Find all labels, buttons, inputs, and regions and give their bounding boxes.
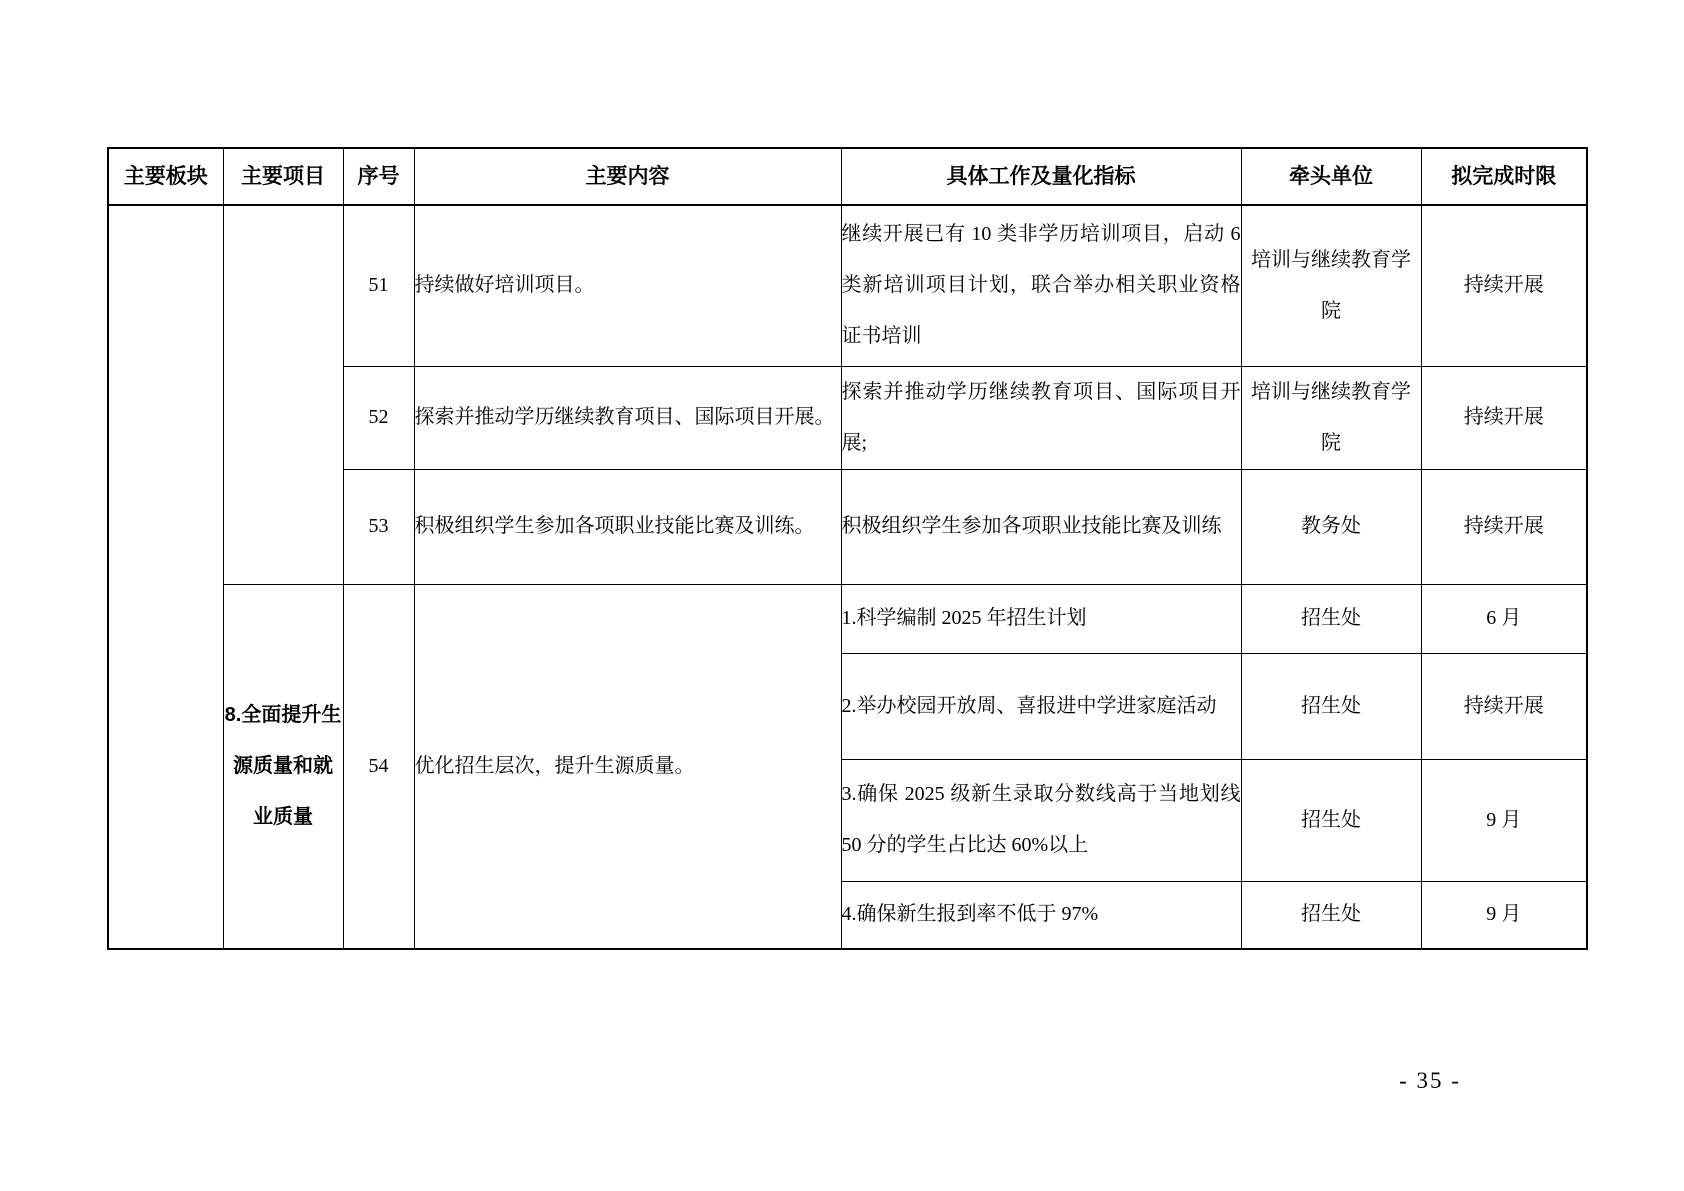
header-work-indicators: 具体工作及量化指标 <box>841 148 1241 205</box>
content-cell: 探索并推动学历继续教育项目、国际项目开展。 <box>414 366 841 469</box>
main-project-empty-cell <box>223 205 343 584</box>
unit-cell: 培训与继续教育学院 <box>1241 366 1421 469</box>
plan-table: 主要板块 主要项目 序号 主要内容 具体工作及量化指标 牵头单位 拟完成时限 5… <box>107 147 1588 950</box>
unit-cell: 招生处 <box>1241 653 1421 759</box>
content-cell: 优化招生层次，提升生源质量。 <box>414 584 841 949</box>
work-cell: 3.确保 2025 级新生录取分数线高于当地划线 50 分的学生占比达 60%以… <box>841 759 1241 881</box>
content-cell: 积极组织学生参加各项职业技能比赛及训练。 <box>414 469 841 584</box>
deadline-cell: 持续开展 <box>1421 366 1587 469</box>
work-cell: 探索并推动学历继续教育项目、国际项目开展; <box>841 366 1241 469</box>
main-section-empty-cell <box>108 205 223 949</box>
row-54-sub-1: 8.全面提升生源质量和就业质量 54 优化招生层次，提升生源质量。 1.科学编制… <box>108 584 1587 653</box>
deadline-cell: 9 月 <box>1421 759 1587 881</box>
work-cell: 继续开展已有 10 类非学历培训项目，启动 6 类新培训项目计划，联合举办相关职… <box>841 205 1241 366</box>
deadline-cell: 9 月 <box>1421 881 1587 949</box>
header-main-content: 主要内容 <box>414 148 841 205</box>
work-cell: 积极组织学生参加各项职业技能比赛及训练 <box>841 469 1241 584</box>
document-page: 主要板块 主要项目 序号 主要内容 具体工作及量化指标 牵头单位 拟完成时限 5… <box>0 0 1684 1191</box>
unit-cell: 招生处 <box>1241 881 1421 949</box>
unit-cell: 招生处 <box>1241 759 1421 881</box>
seq-cell: 54 <box>343 584 414 949</box>
content-cell: 持续做好培训项目。 <box>414 205 841 366</box>
seq-cell: 51 <box>343 205 414 366</box>
seq-cell: 52 <box>343 366 414 469</box>
deadline-cell: 持续开展 <box>1421 469 1587 584</box>
header-deadline: 拟完成时限 <box>1421 148 1587 205</box>
unit-cell: 教务处 <box>1241 469 1421 584</box>
header-row: 主要板块 主要项目 序号 主要内容 具体工作及量化指标 牵头单位 拟完成时限 <box>108 148 1587 205</box>
deadline-cell: 持续开展 <box>1421 653 1587 759</box>
deadline-cell: 持续开展 <box>1421 205 1587 366</box>
work-cell: 2.举办校园开放周、喜报进中学进家庭活动 <box>841 653 1241 759</box>
page-number: - 35 - <box>1360 1068 1500 1094</box>
header-main-project: 主要项目 <box>223 148 343 205</box>
deadline-cell: 6 月 <box>1421 584 1587 653</box>
header-lead-unit: 牵头单位 <box>1241 148 1421 205</box>
project-group-cell: 8.全面提升生源质量和就业质量 <box>223 584 343 949</box>
unit-cell: 培训与继续教育学院 <box>1241 205 1421 366</box>
header-main-section: 主要板块 <box>108 148 223 205</box>
work-cell: 1.科学编制 2025 年招生计划 <box>841 584 1241 653</box>
unit-cell: 招生处 <box>1241 584 1421 653</box>
work-cell: 4.确保新生报到率不低于 97% <box>841 881 1241 949</box>
header-seq: 序号 <box>343 148 414 205</box>
row-51: 51 持续做好培训项目。 继续开展已有 10 类非学历培训项目，启动 6 类新培… <box>108 205 1587 366</box>
seq-cell: 53 <box>343 469 414 584</box>
